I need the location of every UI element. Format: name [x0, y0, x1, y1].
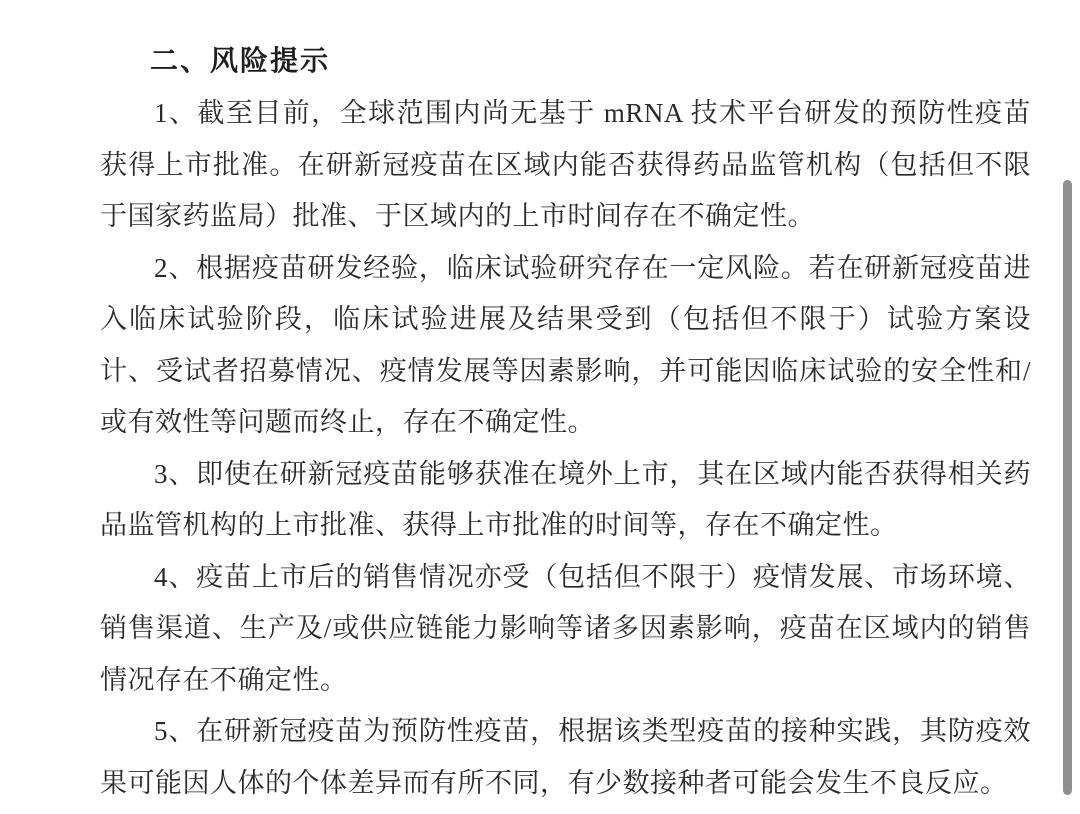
risk-paragraph-3: 3、即使在研新冠疫苗能够获准在境外上市，其在区域内能否获得相关药品监管机构的上市…	[100, 449, 1031, 552]
risk-paragraph-2: 2、根据疫苗研发经验，临床试验研究存在一定风险。若在研新冠疫苗进入临床试验阶段，…	[100, 243, 1031, 449]
risk-paragraph-4: 4、疫苗上市后的销售情况亦受（包括但不限于）疫情发展、市场环境、销售渠道、生产及…	[100, 552, 1031, 707]
section-heading: 二、风险提示	[150, 42, 1031, 82]
risk-paragraph-5: 5、在研新冠疫苗为预防性疫苗，根据该类型疫苗的接种实践，其防疫效果可能因人体的个…	[100, 706, 1031, 809]
document-content: 二、风险提示 1、截至目前，全球范围内尚无基于 mRNA 技术平台研发的预防性疫…	[100, 42, 1031, 809]
scrollbar-thumb[interactable]	[1063, 180, 1072, 795]
risk-paragraph-1: 1、截至目前，全球范围内尚无基于 mRNA 技术平台研发的预防性疫苗获得上市批准…	[100, 88, 1031, 243]
document-page: 二、风险提示 1、截至目前，全球范围内尚无基于 mRNA 技术平台研发的预防性疫…	[0, 0, 1080, 814]
